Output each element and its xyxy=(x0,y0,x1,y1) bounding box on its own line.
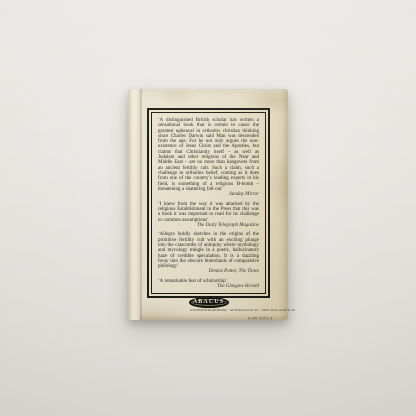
review-quote: ‘A distinguished British scholar has wri… xyxy=(158,118,259,198)
book-back-cover: ‘A distinguished British scholar has wri… xyxy=(128,89,288,320)
page-edge xyxy=(128,89,142,320)
review-quote-text: ‘A distinguished British scholar has wri… xyxy=(158,118,259,192)
review-quote-attribution: Dennis Potter, The Times xyxy=(158,269,259,275)
review-quote: ‘Allegro boldly sketches in the origins … xyxy=(158,232,259,275)
isbn-text: 0 349 10095 X xyxy=(248,317,273,321)
price-line-row: UNITED KINGDOM 80p · AUSTRALIA $1.95 · N… xyxy=(147,300,270,318)
review-quote-attribution: The Daily Telegraph Magazine xyxy=(158,223,259,229)
blurb-panel: ‘A distinguished British scholar has wri… xyxy=(151,112,266,294)
review-quote-text: ‘I knew from the way it was attacked by … xyxy=(158,202,259,223)
abacus-publisher-logo: ABACUS xyxy=(189,297,229,308)
publisher-logo-row: ABACUS xyxy=(158,297,259,308)
review-quote-text: ‘Allegro boldly sketches in the origins … xyxy=(158,232,259,269)
review-quote-text: ‘A remarkable feat of scholarship’ xyxy=(158,279,259,284)
isbn-number: 0 349 10095 X xyxy=(233,308,273,326)
blurb-border-frame: ‘A distinguished British scholar has wri… xyxy=(147,108,270,298)
price-line: UNITED KINGDOM 80p · AUSTRALIA $1.95 · N… xyxy=(190,309,295,312)
review-quote-attribution: The Glasgow Herald xyxy=(158,284,259,290)
review-quote: ‘I knew from the way it was attacked by … xyxy=(158,202,259,229)
studio-background: ‘A distinguished British scholar has wri… xyxy=(0,0,416,416)
review-quote: ‘A remarkable feat of scholarship’ The G… xyxy=(158,279,259,290)
review-quote-attribution: Sunday Mirror xyxy=(158,192,259,198)
